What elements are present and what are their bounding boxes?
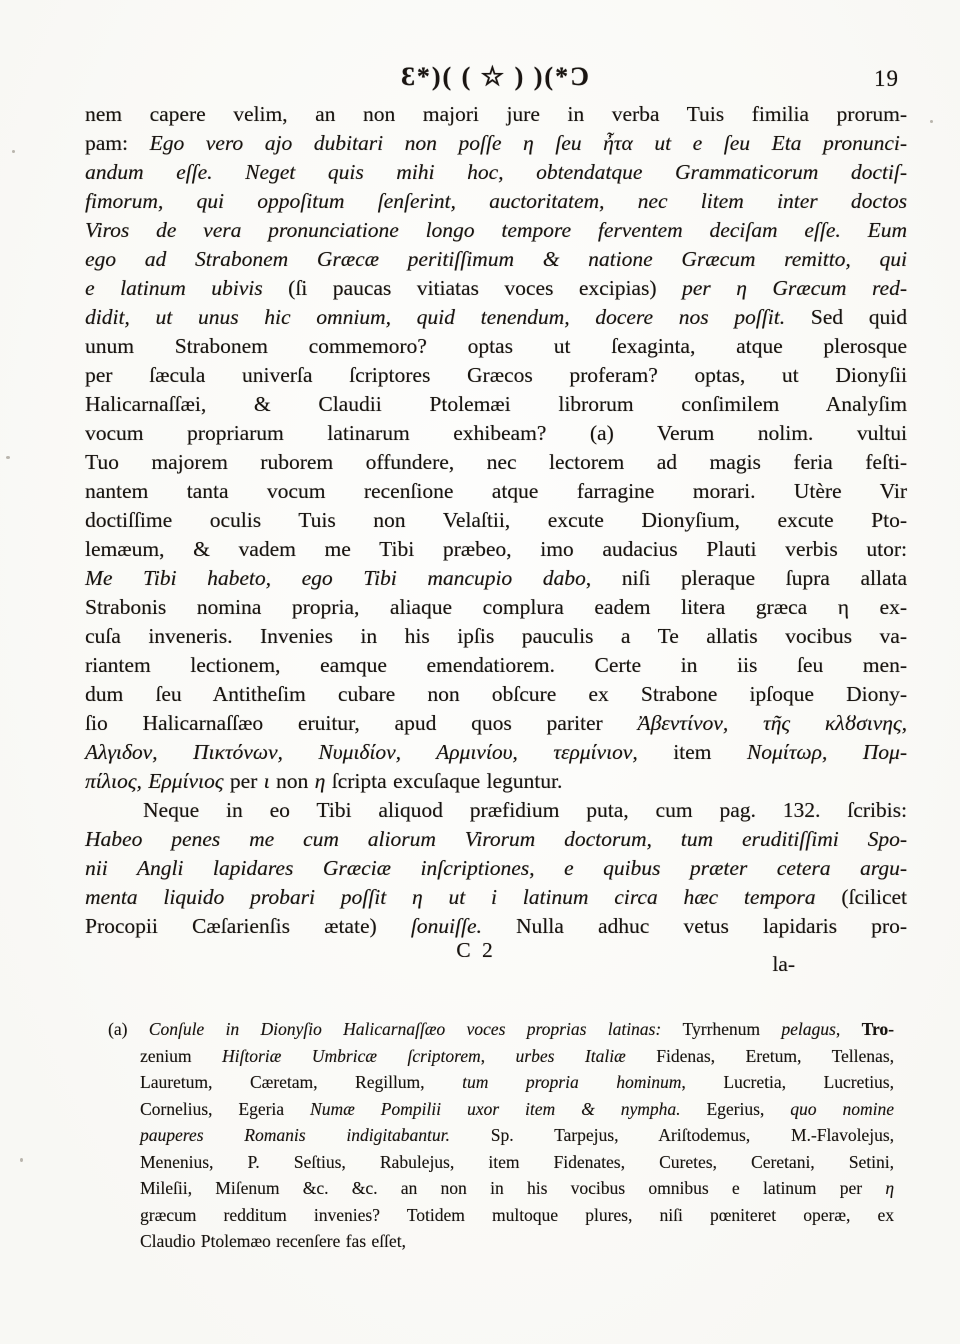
- text-segment: ſcripta excuſaque leguntur.: [332, 769, 563, 793]
- text-segment: riantem lectionem, eamque emendatiorem. …: [85, 653, 907, 677]
- text-segment: Claudio Ptolemæo recenſere fas eſſet,: [140, 1231, 406, 1251]
- body-text-line: Procopii Cæſarienſis ætate) ſonuiſſe. Nu…: [85, 912, 907, 941]
- text-segment: Egerius,: [680, 1099, 790, 1119]
- text-segment: ,: [481, 1046, 516, 1066]
- scan-speck: [20, 1158, 23, 1162]
- footnote-line: zenium Hiſtoriæ Umbricæ ſcriptorem, urbe…: [108, 1043, 894, 1070]
- text-segment: Halicarnaſſæi, & Claudii Ptolemæi libror…: [85, 392, 907, 416]
- footnote-block: (a) Conſule in Dionyſio Halicarnaſſæo vo…: [108, 1016, 894, 1255]
- text-segment: didit, ut unus hic omnium, quid tenendum…: [85, 305, 811, 329]
- signature-mark: C 2: [85, 938, 867, 963]
- text-segment: lemæum, & vadem me Tibi præbeo, imo auda…: [85, 537, 907, 561]
- body-text-line: Αλγιδον, Πικτόνων, Νυμιδίον, Αρμινίου, τ…: [85, 738, 907, 767]
- text-segment: Tyrrhenum: [683, 1019, 782, 1039]
- text-segment: zenium: [140, 1046, 222, 1066]
- text-segment: , Lucretia, Lucretius,: [681, 1072, 894, 1092]
- text-segment: πίλιος, Ερμίνιος: [85, 769, 230, 793]
- body-text-line: vocum propriarum latinarum exhibeam? (a)…: [85, 419, 907, 448]
- text-segment: Procopii Cæſarienſis ætate): [85, 914, 411, 938]
- body-text-line: per ſæcula univerſa ſcriptores Græcos pr…: [85, 361, 907, 390]
- text-segment: Menenius, P. Seſtius, Rabulejus, item Fi…: [140, 1152, 894, 1172]
- text-segment: non: [276, 769, 315, 793]
- text-segment: Tuo majorem ruborem offundere, nec lecto…: [85, 450, 907, 474]
- scanned-book-page: Ɛ*)( ( ☆ ) )(*Ɔ 19 nem capere velim, an …: [0, 0, 960, 1344]
- text-segment: tum propria hominum: [462, 1072, 681, 1092]
- scan-speck: [12, 150, 15, 153]
- text-segment: Ἀβεντίνον, τῆς κλȣσινης,: [637, 711, 907, 735]
- text-segment: per: [230, 769, 264, 793]
- body-text-line: didit, ut unus hic omnium, quid tenendum…: [85, 303, 907, 332]
- body-text-line: unum Strabonem commemoro? optas ut ſexag…: [85, 332, 907, 361]
- text-segment: fimorum, qui oppoſitum ſenſerint, auctor…: [85, 189, 907, 213]
- footnote-line: Claudio Ptolemæo recenſere fas eſſet,: [108, 1228, 894, 1255]
- text-segment: Numæ Pompilii uxor item & nympha.: [310, 1099, 680, 1119]
- text-segment: pelagus: [781, 1019, 835, 1039]
- text-segment: (a): [108, 1019, 149, 1039]
- catchword: la-: [772, 952, 795, 977]
- text-segment: cuſa inveneris. Invenies in his ipſis pa…: [85, 624, 907, 648]
- body-text-line: andum eſſe. Neget quis mihi hoc, obtenda…: [85, 158, 907, 187]
- body-text-line: Tuo majorem ruborem offundere, nec lecto…: [85, 448, 907, 477]
- body-text-line: riantem lectionem, eamque emendatiorem. …: [85, 651, 907, 680]
- header-ornament: Ɛ*)( ( ☆ ) )(*Ɔ: [85, 62, 907, 92]
- text-segment: Αλγιδον, Πικτόνων, Νυμιδίον, Αρμινίου, τ…: [85, 740, 673, 764]
- footnote-line: Menenius, P. Seſtius, Rabulejus, item Fi…: [108, 1149, 894, 1176]
- text-segment: unum Strabonem commemoro? optas ut ſexag…: [85, 334, 907, 358]
- text-segment: Strabonis nomina propria, aliaque complu…: [85, 595, 907, 619]
- scan-speck: [930, 120, 933, 123]
- text-segment: urbes Italiæ: [516, 1046, 657, 1066]
- text-segment: vocum propriarum latinarum exhibeam? (a)…: [85, 421, 907, 445]
- text-segment: per η Græcum red-: [682, 276, 907, 300]
- body-text-line: lemæum, & vadem me Tibi præbeo, imo auda…: [85, 535, 907, 564]
- text-segment: ,: [836, 1019, 862, 1039]
- body-text: nem capere velim, an non majori jure in …: [85, 100, 907, 941]
- text-segment: Conſule in Dionyſio Halicarnaſſæo voces …: [149, 1019, 683, 1039]
- text-segment: e latinum ubivis: [85, 276, 288, 300]
- text-segment: (ſi paucas vitiatas voces excipias): [288, 276, 682, 300]
- body-text-line: Me Tibi habeto, ego Tibi mancupio dabo, …: [85, 564, 907, 593]
- text-segment: Neque in eo Tibi aliquod præfidium puta,…: [143, 798, 907, 822]
- body-text-line: pam: Ego vero ajo dubitari non poſſe η ſ…: [85, 129, 907, 158]
- body-text-line: Halicarnaſſæi, & Claudii Ptolemæi libror…: [85, 390, 907, 419]
- body-text-line: fimorum, qui oppoſitum ſenſerint, auctor…: [85, 187, 907, 216]
- text-segment: η: [315, 769, 332, 793]
- body-text-line: Neque in eo Tibi aliquod præfidium puta,…: [85, 796, 907, 825]
- text-segment: nem capere velim, an non majori jure in …: [85, 102, 907, 126]
- text-segment: per ſæcula univerſa ſcriptores Græcos pr…: [85, 363, 907, 387]
- footnote-line: Mileſii, Miſenum &c. &c. an non in his v…: [108, 1175, 894, 1202]
- text-segment: item: [673, 740, 747, 764]
- text-segment: Habeo penes me cum aliorum Virorum docto…: [85, 827, 907, 851]
- text-segment: nii Angli lapidares Græciæ inſcriptiones…: [85, 856, 907, 880]
- body-text-line: Viros de vera pronunciatione longo tempo…: [85, 216, 907, 245]
- body-text-line: nii Angli lapidares Græciæ inſcriptiones…: [85, 854, 907, 883]
- text-segment: (ſcilicet: [841, 885, 907, 909]
- footnote-line: Lauretum, Cæretam, Regillum, tum propria…: [108, 1069, 894, 1096]
- footnote-line: pauperes Romanis indigitabantur. Sp. Tar…: [108, 1122, 894, 1149]
- text-segment: ι: [264, 769, 276, 793]
- text-segment: andum eſſe. Neget quis mihi hoc, obtenda…: [85, 160, 907, 184]
- text-segment: Nulla adhuc vetus lapidaris pro-: [482, 914, 907, 938]
- text-segment: doctiſſime oculis Tuis non Velaſtii, exc…: [85, 508, 907, 532]
- text-segment: Mileſii, Miſenum &c. &c. an non in his v…: [140, 1178, 885, 1198]
- text-segment: Fidenas, Eretum, Tellenas,: [656, 1046, 894, 1066]
- scan-speck: [6, 456, 10, 459]
- footnote-line: græcum redditum invenies? Totidem multoq…: [108, 1202, 894, 1229]
- body-text-line: πίλιος, Ερμίνιος per ι non η ſcripta exc…: [85, 767, 907, 796]
- page-number: 19: [874, 66, 899, 92]
- text-segment: Me Tibi habeto, ego Tibi mancupio dabo: [85, 566, 586, 590]
- text-segment: Lauretum, Cæretam, Regillum,: [140, 1072, 462, 1092]
- text-segment: pauperes Romanis indigitabantur.: [140, 1125, 450, 1145]
- text-segment: græcum redditum invenies? Totidem multoq…: [140, 1205, 894, 1225]
- body-text-line: ego ad Strabonem Græcæ peritiſſimum & na…: [85, 245, 907, 274]
- body-text-line: Habeo penes me cum aliorum Virorum docto…: [85, 825, 907, 854]
- text-segment: menta liquido probari poſſit η ut i lati…: [85, 885, 841, 909]
- text-segment: , niſi pleraque ſupra allata: [586, 566, 907, 590]
- text-segment: ſonuiſſe.: [411, 914, 482, 938]
- text-segment: pam:: [85, 131, 150, 155]
- text-segment: Hiſtoriæ Umbricæ ſcriptorem: [222, 1046, 481, 1066]
- page-header: Ɛ*)( ( ☆ ) )(*Ɔ 19: [85, 62, 907, 100]
- footnote-line: Cornelius, Egeria Numæ Pompilii uxor ite…: [108, 1096, 894, 1123]
- text-segment: Tro-: [862, 1019, 894, 1039]
- text-segment: Cornelius, Egeria: [140, 1099, 310, 1119]
- text-segment: Sp. Tarpejus, Ariſtodemus, M.‑Flavolejus…: [450, 1125, 894, 1145]
- text-segment: ego ad Strabonem Græcæ peritiſſimum & na…: [85, 247, 907, 271]
- text-segment: quo nomine: [790, 1099, 894, 1119]
- text-segment: Viros de vera pronunciatione longo tempo…: [85, 218, 907, 242]
- body-text-line: e latinum ubivis (ſi paucas vitiatas voc…: [85, 274, 907, 303]
- body-text-line: nem capere velim, an non majori jure in …: [85, 100, 907, 129]
- body-text-line: dum ſeu Antitheſim cubare non obſcure ex…: [85, 680, 907, 709]
- text-segment: Νομίτωρ, Πομ-: [747, 740, 907, 764]
- body-text-line: cuſa inveneris. Invenies in his ipſis pa…: [85, 622, 907, 651]
- signature-row: C 2 la-: [85, 938, 907, 968]
- text-segment: nantem tanta vocum recenſione atque farr…: [85, 479, 907, 503]
- text-segment: dum ſeu Antitheſim cubare non obſcure ex…: [85, 682, 907, 706]
- body-text-line: doctiſſime oculis Tuis non Velaſtii, exc…: [85, 506, 907, 535]
- text-segment: η: [885, 1178, 894, 1198]
- body-text-line: ſio Halicarnaſſæo eruitur, apud quos par…: [85, 709, 907, 738]
- text-segment: Ego vero ajo dubitari non poſſe η ſeu ἦτ…: [150, 131, 907, 155]
- body-text-line: menta liquido probari poſſit η ut i lati…: [85, 883, 907, 912]
- text-segment: Sed quid: [811, 305, 907, 329]
- body-text-line: Strabonis nomina propria, aliaque complu…: [85, 593, 907, 622]
- footnote-line: (a) Conſule in Dionyſio Halicarnaſſæo vo…: [108, 1016, 894, 1043]
- body-text-line: nantem tanta vocum recenſione atque farr…: [85, 477, 907, 506]
- text-segment: ſio Halicarnaſſæo eruitur, apud quos par…: [85, 711, 637, 735]
